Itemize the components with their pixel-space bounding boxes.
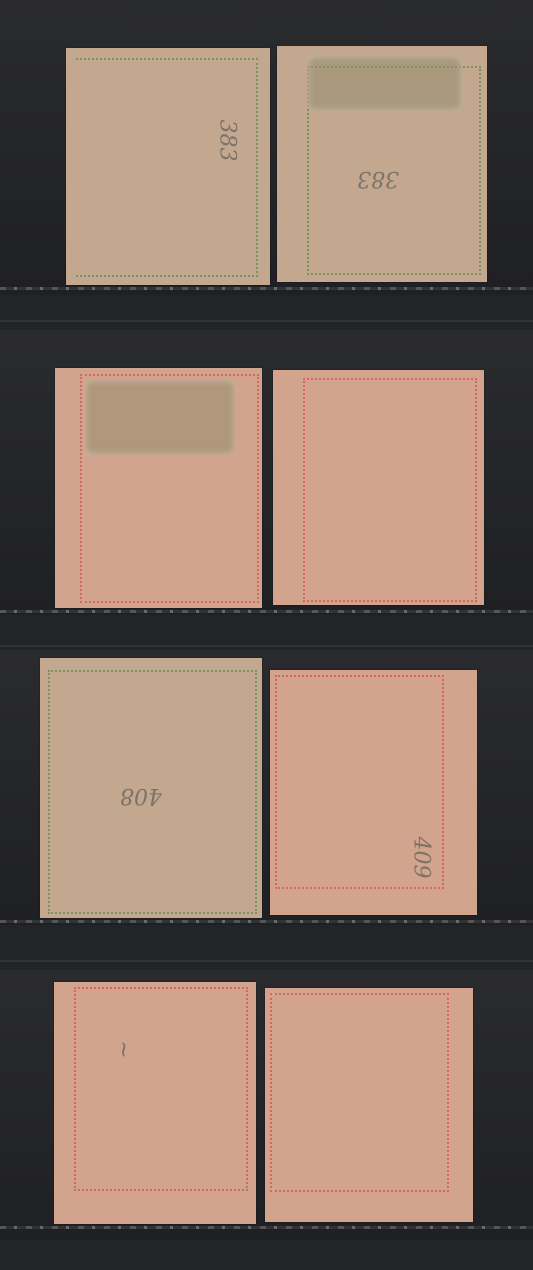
strip-edge [0, 1226, 533, 1229]
pencil-note: ~ [111, 1040, 136, 1058]
print-showthrough [270, 993, 449, 1192]
stamp-back-2: 383 [277, 46, 487, 282]
stamp-hinge [85, 380, 235, 455]
strip-line [0, 645, 533, 647]
pencil-note: 383 [357, 166, 399, 191]
strip-line [0, 320, 533, 322]
stamp-back-5: 408 [40, 658, 262, 918]
pencil-note: 383 [215, 120, 240, 162]
strip-edge [0, 610, 533, 613]
stamp-back-4 [273, 370, 484, 605]
pencil-note: 408 [120, 783, 162, 808]
stamp-back-1: 383 [66, 48, 270, 285]
stamp-back-8 [265, 988, 473, 1222]
print-showthrough [74, 987, 248, 1191]
stamp-back-6: 409 [270, 670, 477, 915]
stamp-hinge [307, 56, 462, 111]
stamp-back-7: ~ [54, 982, 256, 1224]
stamp-back-3 [55, 368, 262, 608]
strip-edge [0, 920, 533, 923]
print-showthrough [303, 378, 477, 602]
pencil-note: 409 [409, 837, 434, 879]
strip-edge [0, 287, 533, 290]
strip-line [0, 960, 533, 962]
print-showthrough [76, 58, 258, 277]
